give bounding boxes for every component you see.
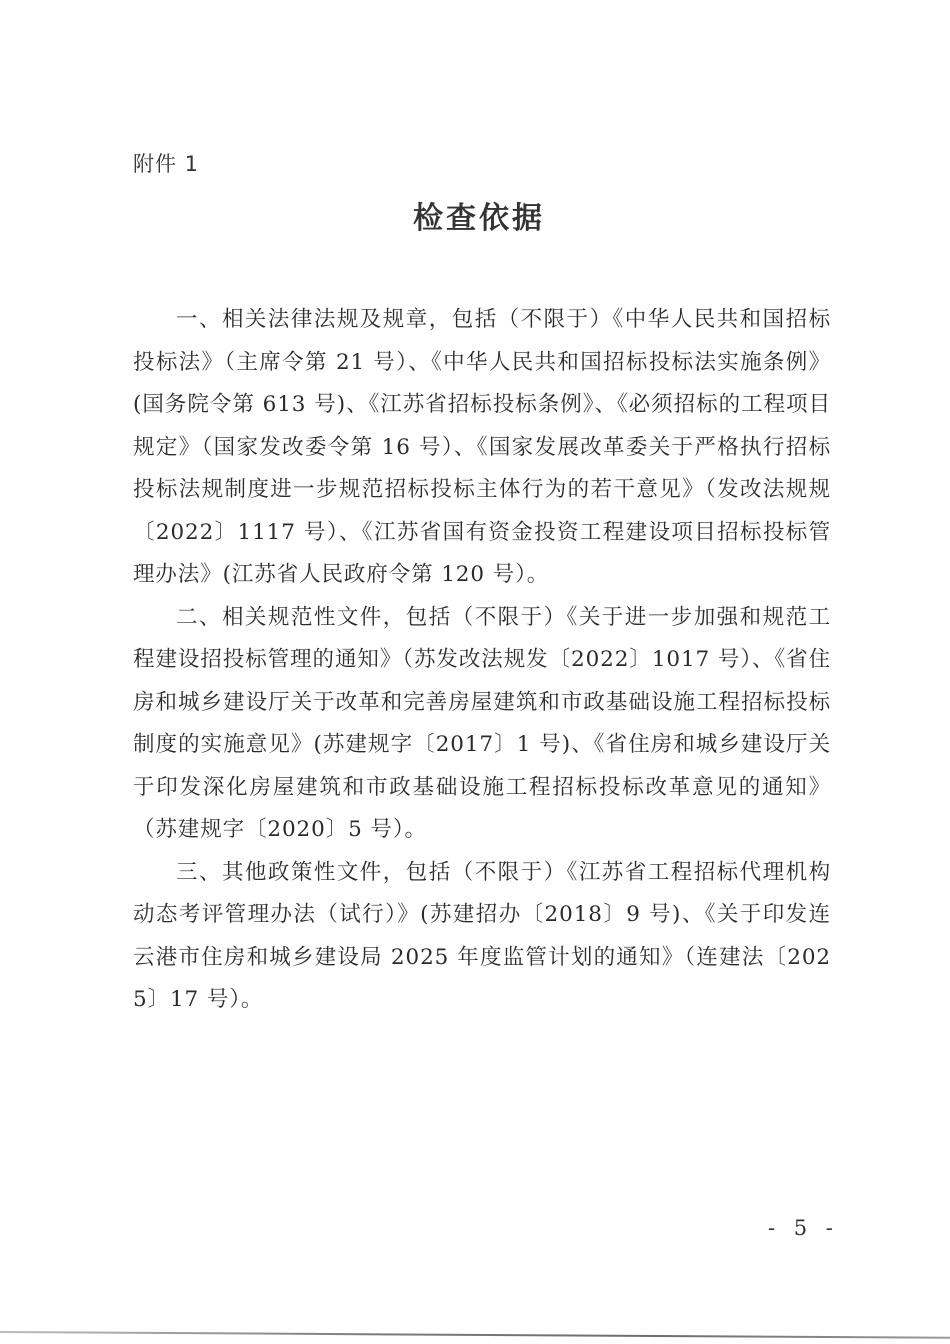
page-number: - 5 - <box>768 1216 839 1240</box>
document-body: 一、相关法律法规及规章，包括（不限于）《中华人民共和国招标投标法》（主席令第 2… <box>133 299 831 1022</box>
paragraph-laws-regulations: 一、相关法律法规及规章，包括（不限于）《中华人民共和国招标投标法》（主席令第 2… <box>133 299 831 597</box>
attachment-label: 附件 1 <box>133 148 199 178</box>
page-title: 检查依据 <box>0 193 950 237</box>
paragraph-policy-documents: 三、其他政策性文件，包括（不限于）《江苏省工程招标代理机构动态考评管理办法（试行… <box>133 852 831 1022</box>
paragraph-normative-documents: 二、相关规范性文件，包括（不限于）《关于进一步加强和规范工程建设招投标管理的通知… <box>133 597 831 852</box>
scan-edge-line <box>0 1331 950 1339</box>
